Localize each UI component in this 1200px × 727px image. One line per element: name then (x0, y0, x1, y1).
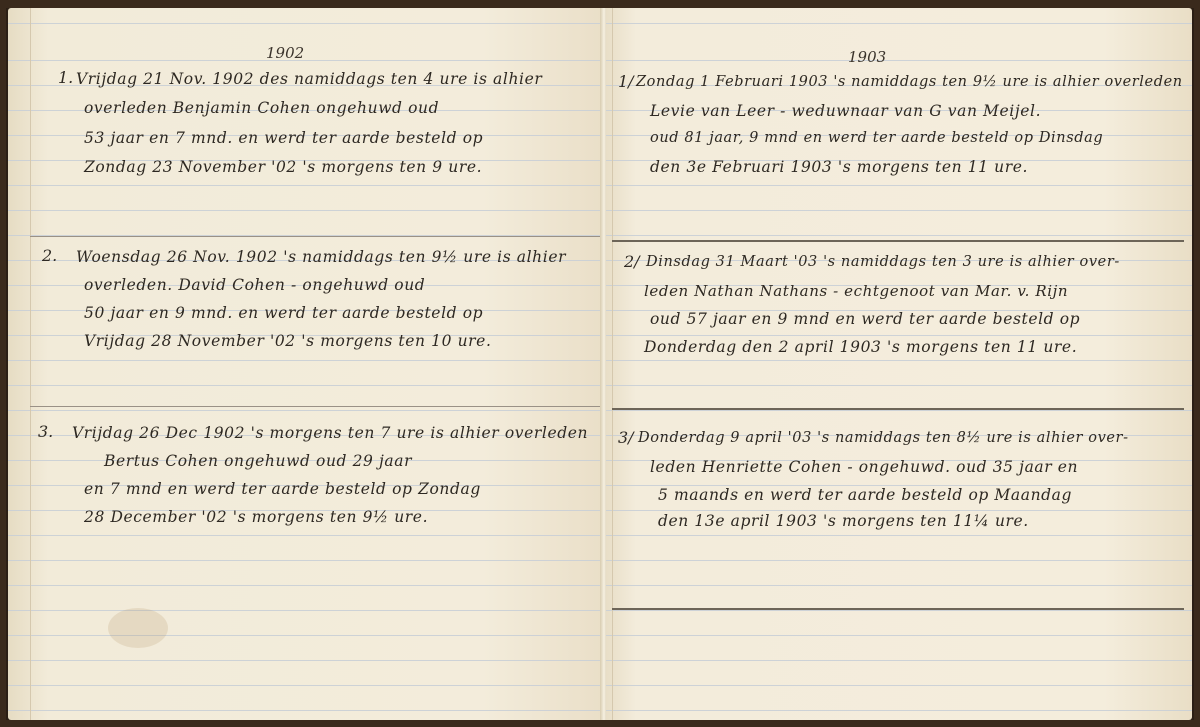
entry-text-line: Donderdag 9 april '03 's namiddags ten 8… (638, 430, 1129, 446)
entry-text-line: 50 jaar en 9 mnd. en werd ter aarde best… (84, 304, 483, 322)
entry-text-line: oud 81 jaar, 9 mnd en werd ter aarde bes… (650, 130, 1103, 146)
open-ledger-book: 1902 1. Vrijdag 21 Nov. 1902 des namidda… (6, 8, 1194, 720)
entry-number: 1/ (618, 72, 634, 91)
entry-text-line: overleden Benjamin Cohen ongehuwd oud (84, 99, 439, 117)
entry-divider (30, 236, 602, 237)
page-year: 1902 (266, 44, 304, 62)
entry-text-line: Vrijdag 28 November '02 's morgens ten 1… (84, 332, 492, 350)
entry-text-line: Bertus Cohen ongehuwd oud 29 jaar (104, 452, 412, 470)
page-margin-line (30, 8, 31, 720)
entry-text-line: den 3e Februari 1903 's morgens ten 11 u… (650, 158, 1028, 176)
entry-text-line: overleden. David Cohen - ongehuwd oud (84, 276, 425, 294)
entry-number: 3/ (618, 428, 634, 447)
entry-text-line: 5 maands en werd ter aarde besteld op Ma… (658, 486, 1072, 504)
entry-number: 2. (42, 246, 57, 265)
entry-text-line: Woensdag 26 Nov. 1902 's namiddags ten 9… (76, 248, 566, 266)
entry-text-line: den 13e april 1903 's morgens ten 11¼ ur… (658, 512, 1029, 530)
right-page: 1903 1/ Zondag 1 Februari 1903 's namidd… (606, 8, 1192, 720)
entry-text-line: Levie van Leer - weduwnaar van G van Mei… (650, 102, 1041, 120)
entry-text-line: 28 December '02 's morgens ten 9½ ure. (84, 508, 428, 526)
entry-number: 2/ (624, 252, 640, 271)
entry-text-line: oud 57 jaar en 9 mnd en werd ter aarde b… (650, 310, 1080, 328)
entry-text-line: Dinsdag 31 Maart '03 's namiddags ten 3 … (646, 254, 1120, 270)
paper-stain (108, 608, 168, 648)
entry-divider (612, 608, 1184, 610)
entry-text-line: en 7 mnd en werd ter aarde besteld op Zo… (84, 480, 481, 498)
entry-text-line: leden Nathan Nathans - echtgenoot van Ma… (644, 282, 1068, 300)
entry-text-line: 53 jaar en 7 mnd. en werd ter aarde best… (84, 129, 483, 147)
entry-text-line: Zondag 23 November '02 's morgens ten 9 … (84, 158, 482, 176)
entry-text-line: leden Henriette Cohen - ongehuwd. oud 35… (650, 458, 1078, 476)
entry-divider (30, 406, 602, 407)
entry-divider (612, 240, 1184, 242)
entry-text-line: Donderdag den 2 april 1903 's morgens te… (644, 338, 1077, 356)
entry-text-line: Vrijdag 26 Dec 1902 's morgens ten 7 ure… (72, 424, 588, 442)
left-page: 1902 1. Vrijdag 21 Nov. 1902 des namidda… (8, 8, 602, 720)
entry-text-line: Vrijdag 21 Nov. 1902 des namiddags ten 4… (76, 70, 542, 88)
page-margin-line (612, 8, 613, 720)
entry-number: 1. (58, 68, 73, 87)
entry-number: 3. (38, 422, 53, 441)
page-year: 1903 (848, 48, 886, 66)
entry-text-line: Zondag 1 Februari 1903 's namiddags ten … (636, 74, 1183, 90)
entry-divider (612, 408, 1184, 410)
